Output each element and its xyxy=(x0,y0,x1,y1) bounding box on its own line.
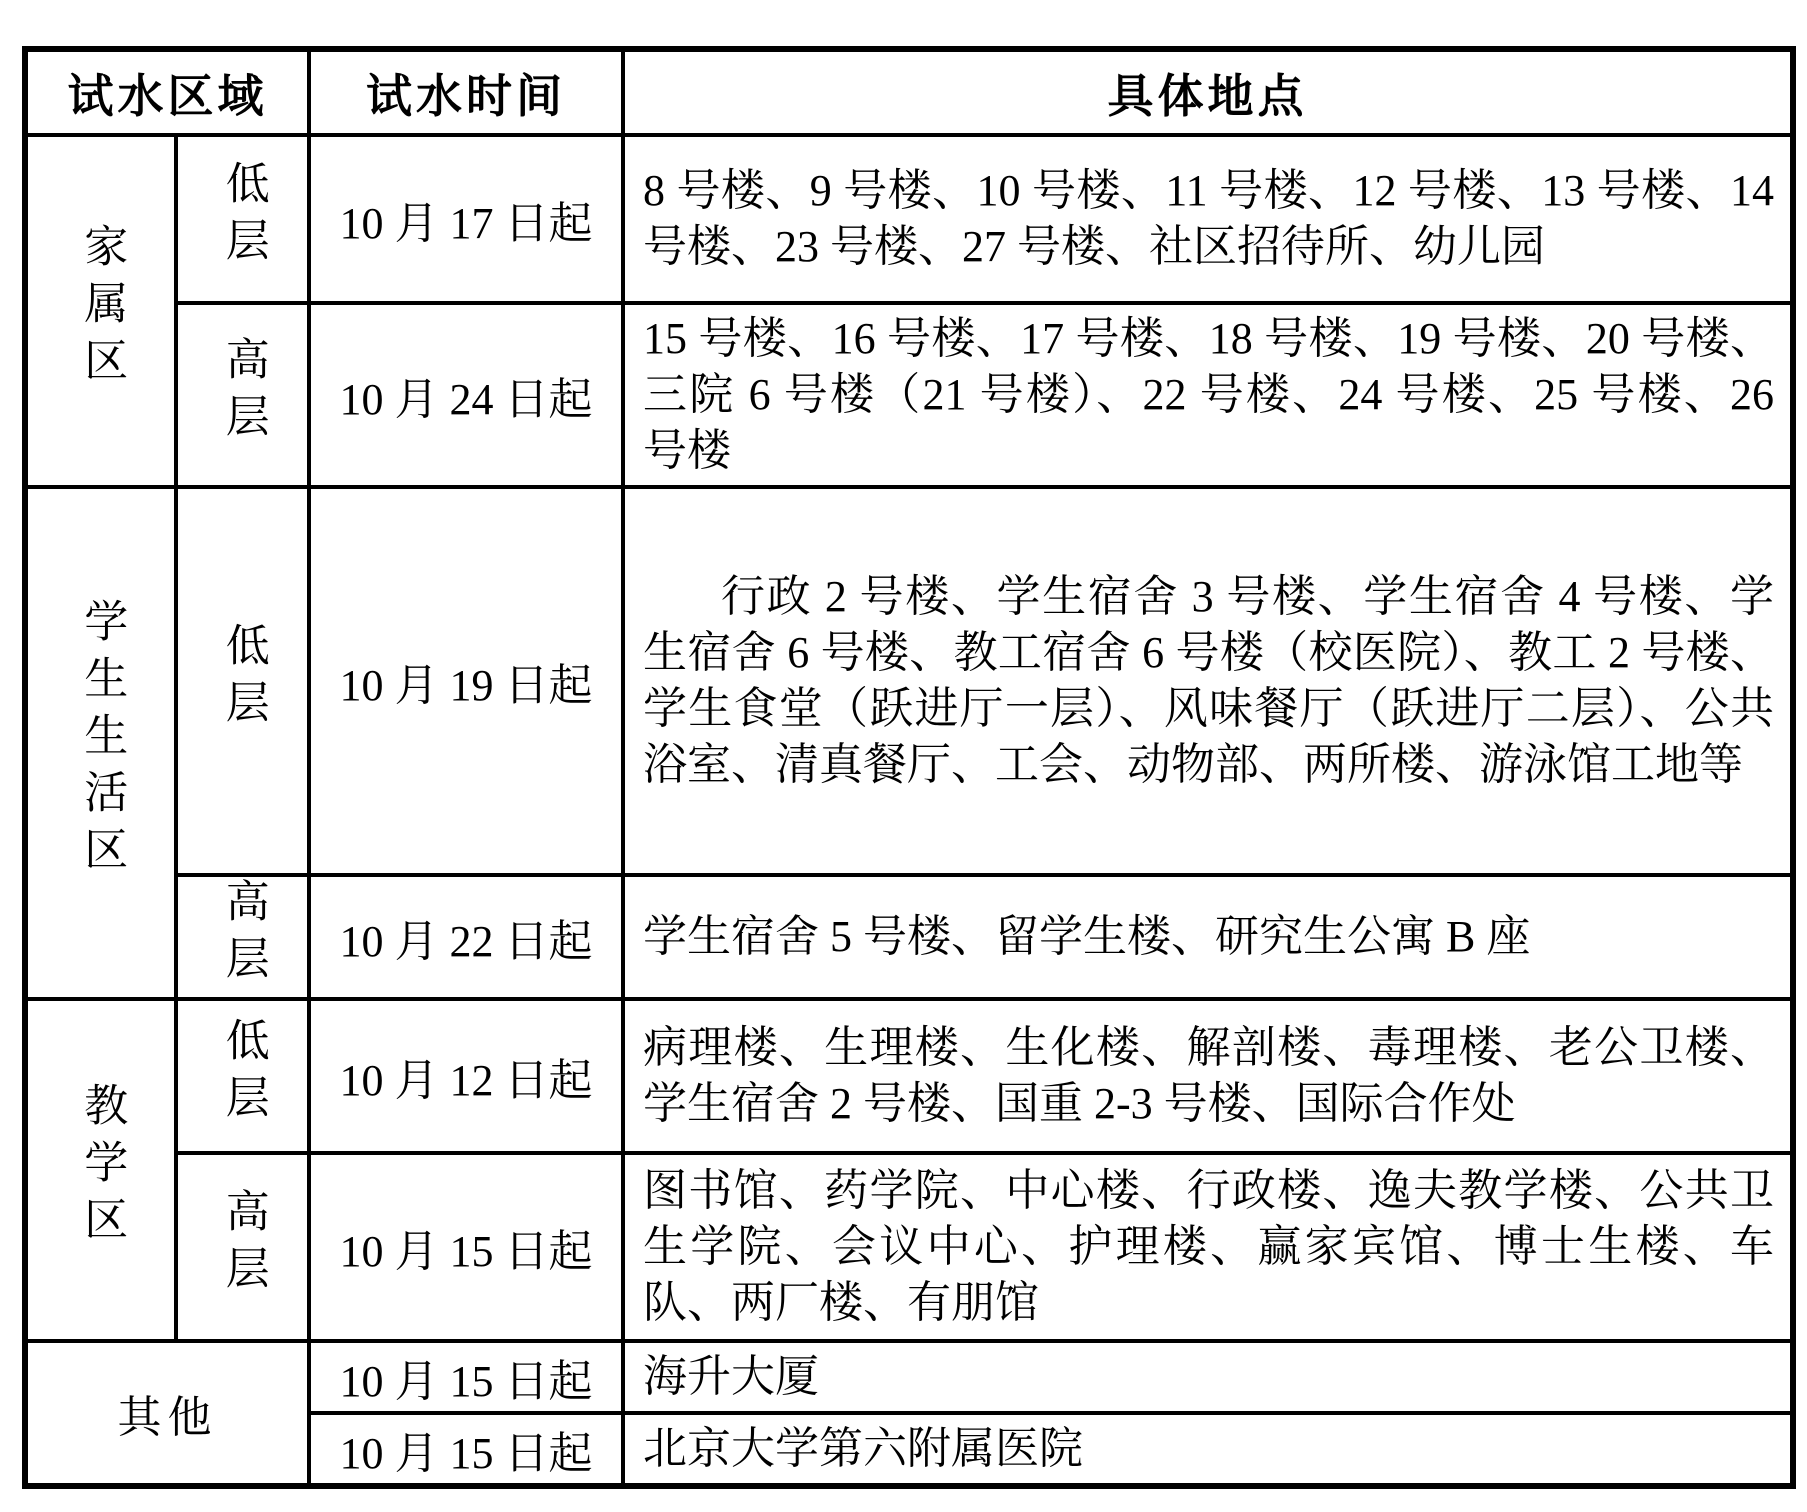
column-header-location: 具体地点 xyxy=(623,49,1793,135)
layer-label: 低层 xyxy=(218,160,266,274)
start-date: 10 月 15 日起 xyxy=(309,1413,623,1486)
layer-cell: 高层 xyxy=(176,1153,309,1341)
locations-text: 病理楼、生理楼、生化楼、解剖楼、毒理楼、老公卫楼、学生宿舍 2 号楼、国重 2-… xyxy=(623,999,1793,1153)
area-group-label: 教学区 xyxy=(77,1082,125,1253)
locations-text: 图书馆、药学院、中心楼、行政楼、逸夫教学楼、公共卫生学院、会议中心、护理楼、赢家… xyxy=(623,1153,1793,1341)
layer-label: 高层 xyxy=(218,878,266,992)
table-row: 其他 10 月 15 日起 海升大厦 xyxy=(25,1341,1793,1413)
start-date: 10 月 15 日起 xyxy=(309,1341,623,1413)
locations-text: 海升大厦 xyxy=(623,1341,1793,1413)
layer-cell: 高层 xyxy=(176,303,309,487)
layer-label: 高层 xyxy=(218,1188,266,1302)
locations-text: 15 号楼、16 号楼、17 号楼、18 号楼、19 号楼、20 号楼、三院 6… xyxy=(623,303,1793,487)
table-row: 高层 10 月 15 日起 图书馆、药学院、中心楼、行政楼、逸夫教学楼、公共卫生… xyxy=(25,1153,1793,1341)
area-group-cell-teaching: 教学区 xyxy=(25,999,176,1341)
layer-cell: 低层 xyxy=(176,487,309,875)
locations-text: 学生宿舍 5 号楼、留学生楼、研究生公寓 B 座 xyxy=(623,875,1793,999)
area-group-label: 学生生活区 xyxy=(77,598,125,883)
layer-cell: 高层 xyxy=(176,875,309,999)
start-date: 10 月 19 日起 xyxy=(309,487,623,875)
locations-text: 8 号楼、9 号楼、10 号楼、11 号楼、12 号楼、13 号楼、14 号楼、… xyxy=(623,135,1793,303)
column-header-time: 试水时间 xyxy=(309,49,623,135)
table-row: 教学区 低层 10 月 12 日起 病理楼、生理楼、生化楼、解剖楼、毒理楼、老公… xyxy=(25,999,1793,1153)
header-row: 试水区域 试水时间 具体地点 xyxy=(25,49,1793,135)
layer-label: 高层 xyxy=(218,336,266,450)
area-group-cell-family: 家属区 xyxy=(25,135,176,487)
column-header-area: 试水区域 xyxy=(25,49,309,135)
start-date: 10 月 15 日起 xyxy=(309,1153,623,1341)
area-group-cell-other: 其他 xyxy=(25,1341,309,1486)
start-date: 10 月 24 日起 xyxy=(309,303,623,487)
locations-text: 行政 2 号楼、学生宿舍 3 号楼、学生宿舍 4 号楼、学生宿舍 6 号楼、教工… xyxy=(623,487,1793,875)
table-row: 家属区 低层 10 月 17 日起 8 号楼、9 号楼、10 号楼、11 号楼、… xyxy=(25,135,1793,303)
layer-label: 低层 xyxy=(218,1017,266,1131)
layer-label: 低层 xyxy=(218,622,266,736)
table-row: 学生生活区 低层 10 月 19 日起 行政 2 号楼、学生宿舍 3 号楼、学生… xyxy=(25,487,1793,875)
start-date: 10 月 12 日起 xyxy=(309,999,623,1153)
locations-text: 北京大学第六附属医院 xyxy=(623,1413,1793,1486)
start-date: 10 月 17 日起 xyxy=(309,135,623,303)
layer-cell: 低层 xyxy=(176,135,309,303)
layer-cell: 低层 xyxy=(176,999,309,1153)
area-group-cell-student-life: 学生生活区 xyxy=(25,487,176,999)
start-date: 10 月 22 日起 xyxy=(309,875,623,999)
area-group-label: 家属区 xyxy=(77,223,125,394)
table-row: 高层 10 月 24 日起 15 号楼、16 号楼、17 号楼、18 号楼、19… xyxy=(25,303,1793,487)
water-test-schedule-table: 试水区域 试水时间 具体地点 家属区 低层 10 月 17 日起 8 号楼、9 … xyxy=(22,46,1796,1489)
table-row: 高层 10 月 22 日起 学生宿舍 5 号楼、留学生楼、研究生公寓 B 座 xyxy=(25,875,1793,999)
